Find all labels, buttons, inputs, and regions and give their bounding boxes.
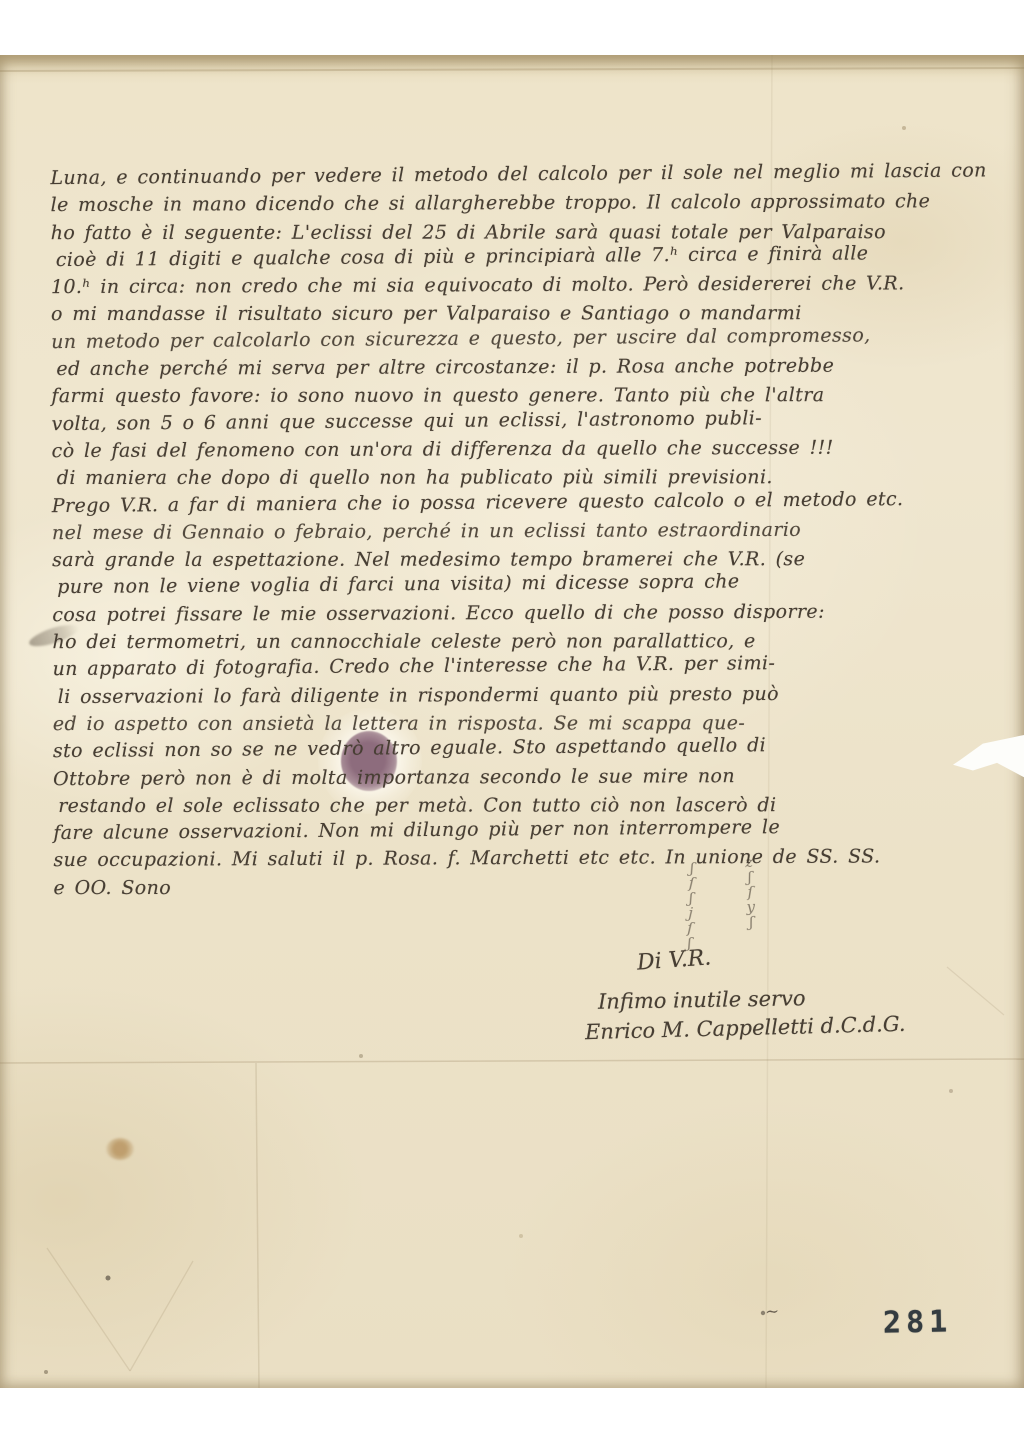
pen-flourish: ~ — [764, 1302, 780, 1323]
manuscript-line: nel mese di Gennaio o febraio, perché in… — [52, 516, 1002, 547]
letter-page: Luna, e continuando per vedere il metodo… — [0, 55, 1024, 1388]
paper-specks — [0, 55, 2, 57]
foxing-spot — [106, 1138, 134, 1160]
manuscript-line: sue occupazioni. Mi saluti il p. Rosa. f… — [53, 843, 1003, 874]
manuscript-line: cosa potrei fissare le mie osservazioni.… — [52, 598, 1002, 629]
manuscript-line: cò le fasi del fenomeno con un'ora di di… — [52, 434, 1002, 465]
manuscript-line: le mosche in mano dicendo che si allargh… — [51, 188, 1001, 219]
letter-body: Luna, e continuando per vedere il metodo… — [50, 161, 1003, 902]
manuscript-line: li osservazioni lo farà diligente in ris… — [58, 680, 1003, 711]
manuscript-line: Luna, e continuando per vedere il metodo… — [50, 157, 1000, 192]
manuscript-line: pure non le viene voglia di farci una vi… — [57, 567, 1002, 602]
manuscript-line: Ottobre però non è di molta importanza s… — [53, 761, 1003, 792]
manuscript-line: ed anche perché mi serva per altre circo… — [56, 352, 1001, 383]
valediction-line: Infimo inutile servo — [598, 986, 806, 1014]
manuscript-line: e OO. Sono — [54, 874, 1004, 902]
valediction-line: Di V.R. — [636, 945, 712, 975]
page-number-stamp: 281 — [883, 1304, 953, 1340]
manuscript-line: 10.ʰ in circa: non credo che mi sia equi… — [51, 270, 1001, 301]
signature: Enrico M. Cappelletti d.C.d.G. — [585, 1012, 906, 1044]
